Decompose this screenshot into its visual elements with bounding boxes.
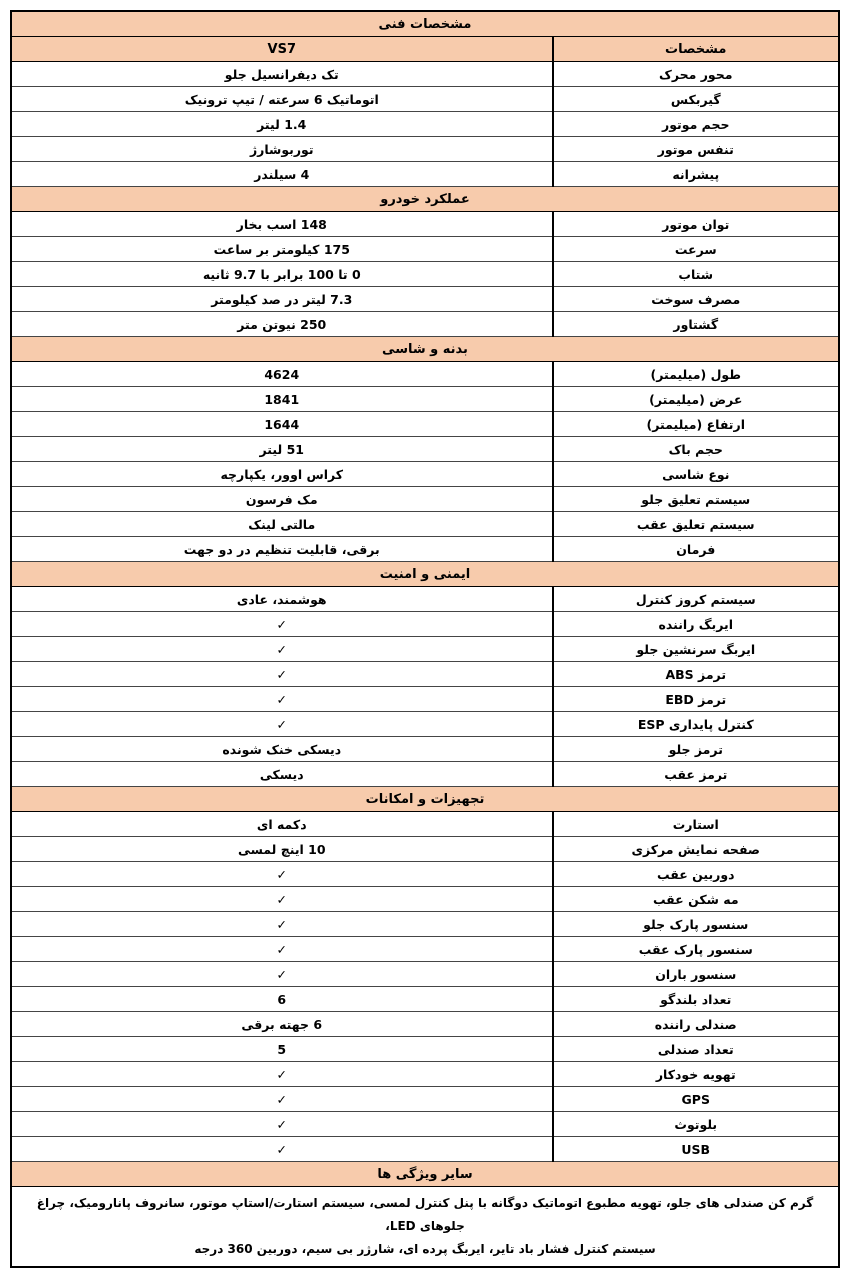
spec-row: سنسور پارک عقب✓ <box>11 937 839 962</box>
spec-row: سنسور باران✓ <box>11 962 839 987</box>
spec-value: هوشمند، عادی <box>11 587 553 612</box>
spec-row: تعداد صندلی5 <box>11 1037 839 1062</box>
spec-label: فرمان <box>553 537 839 562</box>
spec-label: استارت <box>553 812 839 837</box>
spec-label: عرض (میلیمتر) <box>553 387 839 412</box>
check-icon: ✓ <box>11 637 553 662</box>
spec-value: اتوماتیک 6 سرعته / تیپ ترونیک <box>11 87 553 112</box>
spec-table-head: مشخصات فنی مشخصات VS7 <box>11 11 839 62</box>
spec-row: استارتدکمه ای <box>11 812 839 837</box>
spec-label: نوع شاسی <box>553 462 839 487</box>
spec-label: شتاب <box>553 262 839 287</box>
spec-row: شتاب0 تا 100 برابر با 9.7 ثانیه <box>11 262 839 287</box>
spec-row: مه شکن عقب✓ <box>11 887 839 912</box>
spec-label: ترمز عقب <box>553 762 839 787</box>
section-header-row: ایمنی و امنیت <box>11 562 839 587</box>
spec-value: دیسکی خنک شونده <box>11 737 553 762</box>
spec-label: سیستم تعلیق عقب <box>553 512 839 537</box>
spec-row: گشتاور250 نیوتن متر <box>11 312 839 337</box>
spec-value: 4624 <box>11 362 553 387</box>
spec-label: محور محرک <box>553 62 839 87</box>
column-header-label: مشخصات <box>553 37 839 62</box>
section-header: ایمنی و امنیت <box>11 562 839 587</box>
spec-label: USB <box>553 1137 839 1162</box>
check-icon: ✓ <box>11 962 553 987</box>
spec-label: ایربگ راننده <box>553 612 839 637</box>
section-header-row: بدنه و شاسی <box>11 337 839 362</box>
spec-label: تنفس موتور <box>553 137 839 162</box>
spec-label: سنسور پارک عقب <box>553 937 839 962</box>
spec-value: تک دیفرانسیل جلو <box>11 62 553 87</box>
spec-value: مالتی لینک <box>11 512 553 537</box>
spec-value: 5 <box>11 1037 553 1062</box>
section-header: تجهیزات و امکانات <box>11 787 839 812</box>
spec-label: سنسور پارک جلو <box>553 912 839 937</box>
spec-value: برقی، قابلیت تنظیم در دو جهت <box>11 537 553 562</box>
check-icon: ✓ <box>11 1137 553 1162</box>
spec-row: صفحه نمایش مرکزی10 اینچ لمسی <box>11 837 839 862</box>
spec-label: مه شکن عقب <box>553 887 839 912</box>
spec-label: سنسور باران <box>553 962 839 987</box>
spec-value: 1841 <box>11 387 553 412</box>
spec-label: ترمز جلو <box>553 737 839 762</box>
section-header-row: عملکرد خودرو <box>11 187 839 212</box>
footer-line-2: سیستم کنترل فشار باد تایر، ایربگ پرده ای… <box>22 1238 828 1261</box>
check-icon: ✓ <box>11 862 553 887</box>
spec-row: ارتفاع (میلیمتر)1644 <box>11 412 839 437</box>
spec-label: ارتفاع (میلیمتر) <box>553 412 839 437</box>
spec-value: 51 لیتر <box>11 437 553 462</box>
spec-label: طول (میلیمتر) <box>553 362 839 387</box>
check-icon: ✓ <box>11 887 553 912</box>
spec-row: ترمز عقبدیسکی <box>11 762 839 787</box>
spec-label: حجم باک <box>553 437 839 462</box>
footer-section-header: سایر ویژگی ها <box>11 1162 839 1187</box>
spec-row: بلوتوث✓ <box>11 1112 839 1137</box>
spec-row: سیستم کروز کنترلهوشمند، عادی <box>11 587 839 612</box>
spec-row: توان موتور148 اسب بخار <box>11 212 839 237</box>
spec-label: مصرف سوخت <box>553 287 839 312</box>
spec-value: 175 کیلومتر بر ساعت <box>11 237 553 262</box>
spec-value: 148 اسب بخار <box>11 212 553 237</box>
spec-row: تعداد بلندگو6 <box>11 987 839 1012</box>
check-icon: ✓ <box>11 662 553 687</box>
spec-row: محور محرکتک دیفرانسیل جلو <box>11 62 839 87</box>
spec-value: 1644 <box>11 412 553 437</box>
spec-value: کراس اوور، یکپارچه <box>11 462 553 487</box>
spec-row: ترمز ABS✓ <box>11 662 839 687</box>
spec-row: کنترل پایداری ESP✓ <box>11 712 839 737</box>
spec-label: کنترل پایداری ESP <box>553 712 839 737</box>
check-icon: ✓ <box>11 1112 553 1137</box>
spec-value: دیسکی <box>11 762 553 787</box>
spec-label: صندلی راننده <box>553 1012 839 1037</box>
spec-row: حجم باک51 لیتر <box>11 437 839 462</box>
check-icon: ✓ <box>11 1062 553 1087</box>
spec-value: مک فرسون <box>11 487 553 512</box>
spec-label: سیستم کروز کنترل <box>553 587 839 612</box>
spec-value: 1.4 لیتر <box>11 112 553 137</box>
footer-text-row: گرم کن صندلی های جلو، تهویه مطبوع اتومات… <box>11 1187 839 1268</box>
spec-row: دوربین عقب✓ <box>11 862 839 887</box>
spec-label: گیربکس <box>553 87 839 112</box>
footer-text: گرم کن صندلی های جلو، تهویه مطبوع اتومات… <box>11 1187 839 1268</box>
spec-value: توربوشارژ <box>11 137 553 162</box>
table-title-row: مشخصات فنی <box>11 11 839 37</box>
spec-row: طول (میلیمتر)4624 <box>11 362 839 387</box>
spec-label: سیستم تعلیق جلو <box>553 487 839 512</box>
spec-row: سنسور پارک جلو✓ <box>11 912 839 937</box>
spec-row: ترمز EBD✓ <box>11 687 839 712</box>
spec-row: سرعت175 کیلومتر بر ساعت <box>11 237 839 262</box>
check-icon: ✓ <box>11 1087 553 1112</box>
spec-row: حجم موتور1.4 لیتر <box>11 112 839 137</box>
spec-value: 250 نیوتن متر <box>11 312 553 337</box>
spec-row: نوع شاسیکراس اوور، یکپارچه <box>11 462 839 487</box>
spec-label: تهویه خودکار <box>553 1062 839 1087</box>
section-header-row: تجهیزات و امکانات <box>11 787 839 812</box>
spec-label: GPS <box>553 1087 839 1112</box>
check-icon: ✓ <box>11 912 553 937</box>
spec-label: ترمز ABS <box>553 662 839 687</box>
section-header: عملکرد خودرو <box>11 187 839 212</box>
check-icon: ✓ <box>11 712 553 737</box>
spec-row: تهویه خودکار✓ <box>11 1062 839 1087</box>
check-icon: ✓ <box>11 687 553 712</box>
spec-label: دوربین عقب <box>553 862 839 887</box>
spec-value: 6 جهته برقی <box>11 1012 553 1037</box>
spec-row: عرض (میلیمتر)1841 <box>11 387 839 412</box>
spec-row: صندلی راننده6 جهته برقی <box>11 1012 839 1037</box>
spec-row: سیستم تعلیق عقبمالتی لینک <box>11 512 839 537</box>
table-title: مشخصات فنی <box>11 11 839 37</box>
check-icon: ✓ <box>11 612 553 637</box>
spec-row: تنفس موتورتوربوشارژ <box>11 137 839 162</box>
check-icon: ✓ <box>11 937 553 962</box>
column-header-row: مشخصات VS7 <box>11 37 839 62</box>
spec-label: حجم موتور <box>553 112 839 137</box>
spec-value: 0 تا 100 برابر با 9.7 ثانیه <box>11 262 553 287</box>
spec-row: گیربکساتوماتیک 6 سرعته / تیپ ترونیک <box>11 87 839 112</box>
spec-row: ایربگ راننده✓ <box>11 612 839 637</box>
spec-label: توان موتور <box>553 212 839 237</box>
spec-label: تعداد صندلی <box>553 1037 839 1062</box>
spec-value: 7.3 لیتر در صد کیلومتر <box>11 287 553 312</box>
spec-row: ایربگ سرنشین جلو✓ <box>11 637 839 662</box>
spec-row: GPS✓ <box>11 1087 839 1112</box>
spec-row: ترمز جلودیسکی خنک شونده <box>11 737 839 762</box>
spec-row: USB✓ <box>11 1137 839 1162</box>
spec-value: 4 سیلندر <box>11 162 553 187</box>
spec-table: مشخصات فنی مشخصات VS7 محور محرکتک دیفران… <box>10 10 840 1268</box>
spec-label: پیشرانه <box>553 162 839 187</box>
column-header-value: VS7 <box>11 37 553 62</box>
spec-label: تعداد بلندگو <box>553 987 839 1012</box>
spec-row: پیشرانه4 سیلندر <box>11 162 839 187</box>
section-header: بدنه و شاسی <box>11 337 839 362</box>
spec-table-body: محور محرکتک دیفرانسیل جلوگیربکساتوماتیک … <box>11 62 839 1162</box>
spec-label: ترمز EBD <box>553 687 839 712</box>
spec-row: سیستم تعلیق جلومک فرسون <box>11 487 839 512</box>
footer-section-header-row: سایر ویژگی ها <box>11 1162 839 1187</box>
spec-label: ایربگ سرنشین جلو <box>553 637 839 662</box>
spec-label: سرعت <box>553 237 839 262</box>
footer-line-1: گرم کن صندلی های جلو، تهویه مطبوع اتومات… <box>22 1192 828 1238</box>
spec-row: مصرف سوخت7.3 لیتر در صد کیلومتر <box>11 287 839 312</box>
page: مشخصات فنی مشخصات VS7 محور محرکتک دیفران… <box>0 0 850 1278</box>
spec-label: گشتاور <box>553 312 839 337</box>
spec-row: فرمانبرقی، قابلیت تنظیم در دو جهت <box>11 537 839 562</box>
spec-table-footer: سایر ویژگی ها گرم کن صندلی های جلو، تهوی… <box>11 1162 839 1268</box>
spec-label: صفحه نمایش مرکزی <box>553 837 839 862</box>
spec-value: 6 <box>11 987 553 1012</box>
spec-value: دکمه ای <box>11 812 553 837</box>
spec-value: 10 اینچ لمسی <box>11 837 553 862</box>
spec-label: بلوتوث <box>553 1112 839 1137</box>
